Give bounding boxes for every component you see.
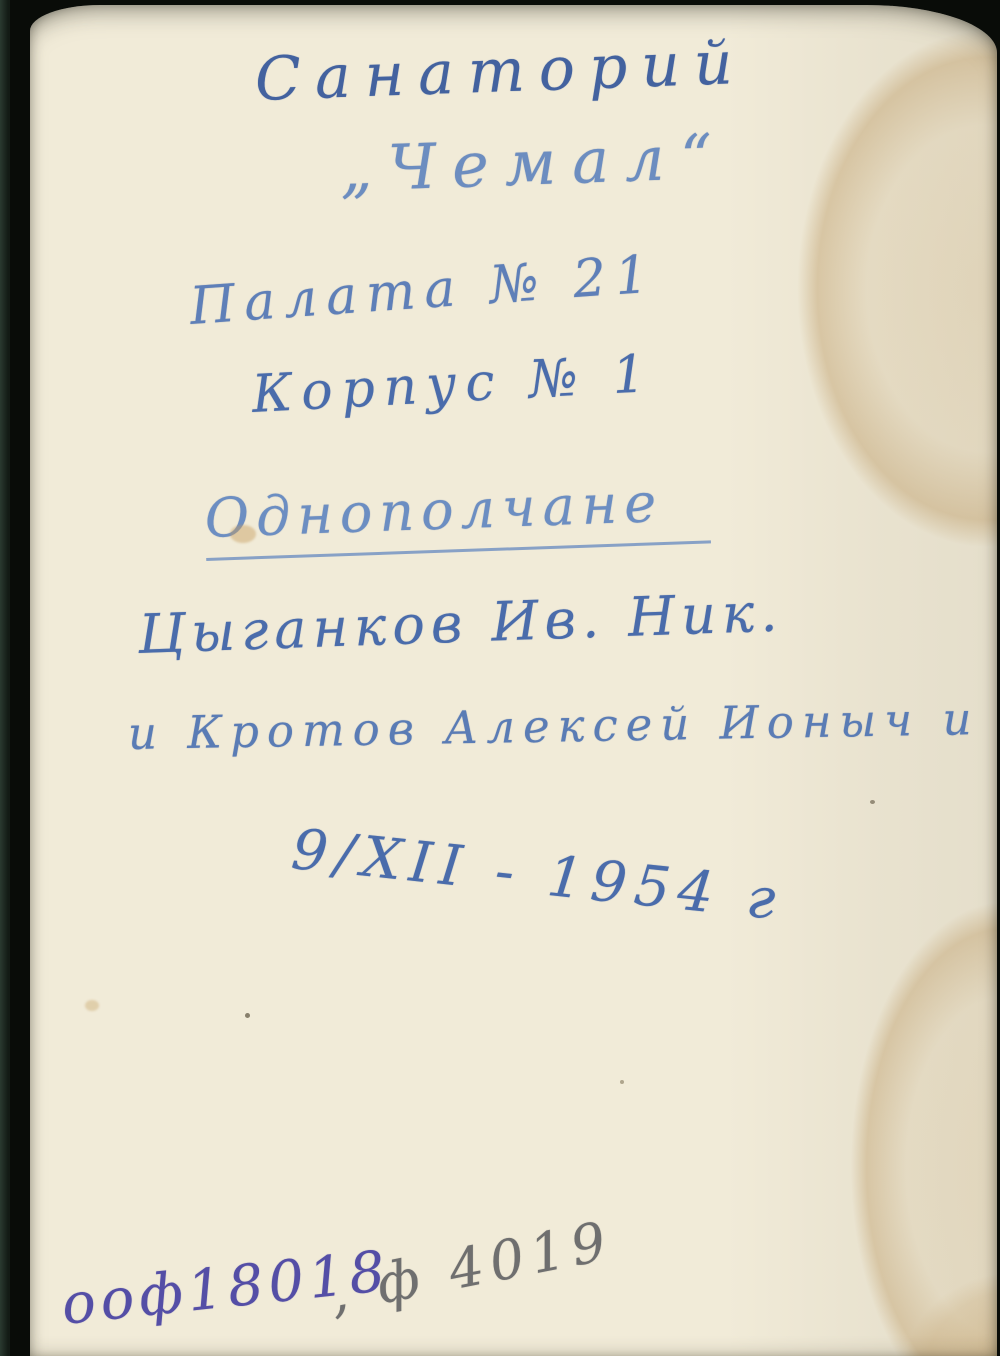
note-line-ward: Палата № 21: [188, 244, 659, 337]
note-line-sanatorium-name: „Чемал“: [339, 119, 730, 206]
archival-pencil-number: , ф 4019: [324, 1209, 618, 1326]
paper-speck: [870, 800, 875, 804]
paper-speck: [245, 1013, 250, 1018]
note-line-person-2: и Кротов Алексей Ионыч и Я: [128, 691, 1000, 760]
note-line-building: Корпус № 1: [250, 344, 656, 425]
note-line-comrades-heading: Однополчане: [204, 469, 711, 561]
paper-stain-fleck: [85, 1000, 99, 1011]
paper-sheet: Санаторий „Чемал“ Палата № 21 Корпус № 1…: [30, 5, 997, 1356]
note-line-date: 9/XII - 1954 г: [289, 817, 787, 933]
paper-stain-fleck: [230, 525, 256, 543]
note-line-person-1: Цыганков Ив. Ник.: [137, 580, 784, 665]
scanner-bed-edge: [0, 0, 10, 1356]
scanned-photo-back: Санаторий „Чемал“ Палата № 21 Корпус № 1…: [0, 0, 1000, 1356]
note-line-sanatorium-title: Санаторий: [254, 28, 748, 115]
paper-speck: [620, 1080, 624, 1084]
